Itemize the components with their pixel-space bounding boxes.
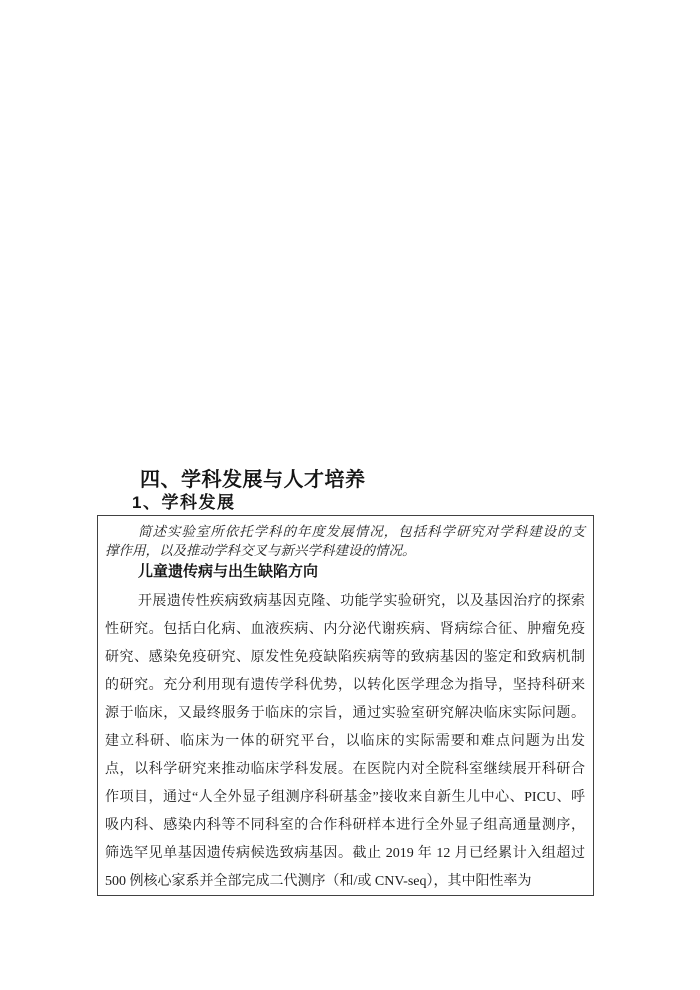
section-heading: 四、学科发展与人才培养 xyxy=(140,467,366,493)
text-line: 源于临床，又最终服务于临床的宗旨，通过实验室研究解决临床实际问题。 xyxy=(105,700,585,728)
text-line: 建立科研、临床为一体的研究平台，以临床的实际需要和难点问题为出发 xyxy=(105,728,585,756)
text-line: 吸内科、感染内科等不同科室的合作科研样本进行全外显子组高通量测序， xyxy=(105,812,585,840)
text-line: 作项目，通过“人全外显子组测序科研基金”接收来自新生儿中心、PICU、呼 xyxy=(105,784,585,812)
text-line: 筛选罕见单基因遗传病候选致病基因。截止 2019 年 12 月已经累计入组超过 xyxy=(105,840,585,868)
text-line: 撑作用，以及推动学科交叉与新兴学科建设的情况。 xyxy=(105,541,585,560)
instruction-text: 简述实验室所依托学科的年度发展情况，包括科学研究对学科建设的支撑作用，以及推动学… xyxy=(105,522,585,560)
text-line: 开展遗传性疾病致病基因克隆、功能学实验研究，以及基因治疗的探索 xyxy=(105,588,585,616)
text-line: 的研究。充分利用现有遗传学科优势，以转化医学理念为指导，坚持科研来 xyxy=(105,672,585,700)
document-page: 四、学科发展与人才培养 1、学科发展 简述实验室所依托学科的年度发展情况，包括科… xyxy=(0,0,700,990)
direction-heading: 儿童遗传病与出生缺陷方向 xyxy=(105,562,585,582)
text-line: 点，以科学研究来推动临床学科发展。在医院内对全院科室继续展开科研合 xyxy=(105,756,585,784)
text-line: 性研究。包括白化病、血液疾病、内分泌代谢疾病、肾病综合征、肿瘤免疫 xyxy=(105,616,585,644)
subsection-heading: 1、学科发展 xyxy=(132,492,235,514)
body-paragraph: 开展遗传性疾病致病基因克隆、功能学实验研究，以及基因治疗的探索性研究。包括白化病… xyxy=(105,588,585,896)
text-line: 500 例核心家系并全部完成二代测序（和/或 CNV-seq），其中阳性率为 xyxy=(105,868,585,896)
text-line: 研究、感染免疫研究、原发性免疫缺陷疾病等的致病基因的鉴定和致病机制 xyxy=(105,644,585,672)
summary-box: 简述实验室所依托学科的年度发展情况，包括科学研究对学科建设的支撑作用，以及推动学… xyxy=(97,515,594,896)
text-line: 简述实验室所依托学科的年度发展情况，包括科学研究对学科建设的支 xyxy=(105,522,585,541)
